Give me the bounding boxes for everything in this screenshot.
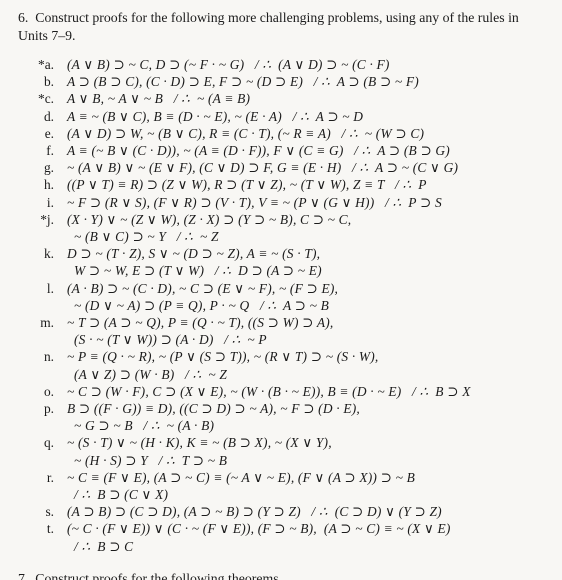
problem-label: b. xyxy=(22,73,54,90)
problem-row-p: p.B ⊃ ((F · G)) ≡ D), ((C ⊃ D) ⊃ ~ A), ~… xyxy=(22,400,556,434)
formula-line: / ∴ B ⊃ (C ∨ X) xyxy=(67,486,415,503)
formula-line: ~ F ⊃ (R ∨ S), (F ∨ R) ⊃ (V · T), V ≡ ~ … xyxy=(67,194,442,211)
problem-label: *c. xyxy=(22,90,54,107)
problem-label: s. xyxy=(22,503,54,520)
formula-line: W ⊃ ~ W, E ⊃ (T ∨ W) / ∴ D ⊃ (A ⊃ ~ E) xyxy=(67,262,322,279)
problem-label: l. xyxy=(22,280,54,297)
problem-row-h: h.((P ∨ T) ≡ R) ⊃ (Z ∨ W), R ⊃ (T ∨ Z), … xyxy=(22,176,556,193)
problem-row-r: r.~ C ≡ (F ∨ E), (A ⊃ ~ C) ≡ (~ A ∨ ~ E)… xyxy=(22,469,556,503)
problem-label: h. xyxy=(22,176,54,193)
problem-label: q. xyxy=(22,434,54,451)
formula-line: (A · B) ⊃ ~ (C · D), ~ C ⊃ (E ∨ ~ F), ~ … xyxy=(67,280,338,297)
problem-label: *j. xyxy=(22,211,54,228)
problem-formula: ~ F ⊃ (R ∨ S), (F ∨ R) ⊃ (V · T), V ≡ ~ … xyxy=(67,194,442,211)
problem-row-q: q.~ (S · T) ∨ ~ (H · K), K ≡ ~ (B ⊃ X), … xyxy=(22,434,556,468)
problem-label: n. xyxy=(22,348,54,365)
problem-label: r. xyxy=(22,469,54,486)
textbook-page: 6. Construct proofs for the following mo… xyxy=(0,0,562,580)
formula-line: A ⊃ (B ⊃ C), (C · D) ⊃ E, F ⊃ ~ (D ⊃ E) … xyxy=(67,73,419,90)
problem-row-o: o.~ C ⊃ (W · F), C ⊃ (X ∨ E), ~ (W · (B … xyxy=(22,383,556,400)
problem-row-n: n.~ P ≡ (Q · ~ R), ~ (P ∨ (S ⊃ T)), ~ (R… xyxy=(22,348,556,382)
problem-formula: (X · Y) ∨ ~ (Z ∨ W), (Z · X) ⊃ (Y ⊃ ~ B)… xyxy=(67,211,351,245)
formula-line: (A ∨ D) ⊃ W, ~ (B ∨ C), R ≡ (C · T), (~ … xyxy=(67,125,424,142)
problem-label: f. xyxy=(22,142,54,159)
next-section-header-cutoff: 7. Construct proofs for the following th… xyxy=(18,570,279,580)
problem-row-c: *c.A ∨ B, ~ A ∨ ~ B / ∴ ~ (A ≡ B) xyxy=(22,90,556,107)
formula-line: B ⊃ ((F · G)) ≡ D), ((C ⊃ D) ⊃ ~ A), ~ F… xyxy=(67,400,360,417)
formula-line: ~ (B ∨ C) ⊃ ~ Y / ∴ ~ Z xyxy=(67,228,351,245)
problem-formula: A ≡ ~ (B ∨ C), B ≡ (D · ~ E), ~ (E · A) … xyxy=(67,108,363,125)
problem-formula: ~ C ⊃ (W · F), C ⊃ (X ∨ E), ~ (W · (B · … xyxy=(67,383,471,400)
problem-row-j: *j.(X · Y) ∨ ~ (Z ∨ W), (Z · X) ⊃ (Y ⊃ ~… xyxy=(22,211,556,245)
section-header-line2: Units 7–9. xyxy=(18,27,552,45)
problem-row-a: *a.(A ∨ B) ⊃ ~ C, D ⊃ (~ F · ~ G) / ∴ (A… xyxy=(22,56,556,73)
problem-label: i. xyxy=(22,194,54,211)
formula-line: ~ G ⊃ ~ B / ∴ ~ (A · B) xyxy=(67,417,360,434)
formula-line: ~ (D ∨ ~ A) ⊃ (P ≡ Q), P · ~ Q / ∴ A ⊃ ~… xyxy=(67,297,338,314)
problem-formula: ~ P ≡ (Q · ~ R), ~ (P ∨ (S ⊃ T)), ~ (R ∨… xyxy=(67,348,378,382)
problem-row-e: e.(A ∨ D) ⊃ W, ~ (B ∨ C), R ≡ (C · T), (… xyxy=(22,125,556,142)
formula-line: ~ (A ∨ B) ∨ ~ (E ∨ F), (C ∨ D) ⊃ F, G ≡ … xyxy=(67,159,458,176)
formula-line: ~ (H · S) ⊃ Y / ∴ T ⊃ ~ B xyxy=(67,452,332,469)
problem-row-l: l.(A · B) ⊃ ~ (C · D), ~ C ⊃ (E ∨ ~ F), … xyxy=(22,280,556,314)
formula-line: (A ⊃ B) ⊃ (C ⊃ D), (A ⊃ ~ B) ⊃ (Y ⊃ Z) /… xyxy=(67,503,442,520)
formula-line: ~ T ⊃ (A ⊃ ~ Q), P ≡ (Q · ~ T), ((S ⊃ W)… xyxy=(67,314,333,331)
problem-row-i: i.~ F ⊃ (R ∨ S), (F ∨ R) ⊃ (V · T), V ≡ … xyxy=(22,194,556,211)
problem-row-k: k.D ⊃ ~ (T · Z), S ∨ ~ (D ⊃ ~ Z), A ≡ ~ … xyxy=(22,245,556,279)
problem-formula: ~ T ⊃ (A ⊃ ~ Q), P ≡ (Q · ~ T), ((S ⊃ W)… xyxy=(67,314,333,348)
formula-line: ((P ∨ T) ≡ R) ⊃ (Z ∨ W), R ⊃ (T ∨ Z), ~ … xyxy=(67,176,427,193)
formula-line: A ≡ (~ B ∨ (C · D)), ~ (A ≡ (D · F)), F … xyxy=(67,142,450,159)
formula-line: ~ C ⊃ (W · F), C ⊃ (X ∨ E), ~ (W · (B · … xyxy=(67,383,471,400)
problem-row-s: s.(A ⊃ B) ⊃ (C ⊃ D), (A ⊃ ~ B) ⊃ (Y ⊃ Z)… xyxy=(22,503,556,520)
problem-label: m. xyxy=(22,314,54,331)
problem-label: o. xyxy=(22,383,54,400)
section-header-line1: 6. Construct proofs for the following mo… xyxy=(18,9,552,27)
problem-formula: (A ∨ B) ⊃ ~ C, D ⊃ (~ F · ~ G) / ∴ (A ∨ … xyxy=(67,56,390,73)
problem-row-b: b.A ⊃ (B ⊃ C), (C · D) ⊃ E, F ⊃ ~ (D ⊃ E… xyxy=(22,73,556,90)
problem-formula: ~ (A ∨ B) ∨ ~ (E ∨ F), (C ∨ D) ⊃ F, G ≡ … xyxy=(67,159,458,176)
problem-label: k. xyxy=(22,245,54,262)
problem-row-d: d.A ≡ ~ (B ∨ C), B ≡ (D · ~ E), ~ (E · A… xyxy=(22,108,556,125)
formula-line: D ⊃ ~ (T · Z), S ∨ ~ (D ⊃ ~ Z), A ≡ ~ (S… xyxy=(67,245,322,262)
problem-label: d. xyxy=(22,108,54,125)
problem-formula: A ∨ B, ~ A ∨ ~ B / ∴ ~ (A ≡ B) xyxy=(67,90,250,107)
problem-row-t: t.(~ C · (F ∨ E)) ∨ (C · ~ (F ∨ E)), (F … xyxy=(22,520,556,554)
formula-line: / ∴ B ⊃ C xyxy=(67,538,451,555)
problem-label: t. xyxy=(22,520,54,537)
problem-formula: D ⊃ ~ (T · Z), S ∨ ~ (D ⊃ ~ Z), A ≡ ~ (S… xyxy=(67,245,322,279)
formula-line: (S · ~ (T ∨ W)) ⊃ (A · D) / ∴ ~ P xyxy=(67,331,333,348)
formula-line: ~ (S · T) ∨ ~ (H · K), K ≡ ~ (B ⊃ X), ~ … xyxy=(67,434,332,451)
problem-formula: (~ C · (F ∨ E)) ∨ (C · ~ (F ∨ E)), (F ⊃ … xyxy=(67,520,451,554)
problem-formula: (A · B) ⊃ ~ (C · D), ~ C ⊃ (E ∨ ~ F), ~ … xyxy=(67,280,338,314)
problem-formula: B ⊃ ((F · G)) ≡ D), ((C ⊃ D) ⊃ ~ A), ~ F… xyxy=(67,400,360,434)
problem-list: *a.(A ∨ B) ⊃ ~ C, D ⊃ (~ F · ~ G) / ∴ (A… xyxy=(22,56,556,555)
formula-line: ~ C ≡ (F ∨ E), (A ⊃ ~ C) ≡ (~ A ∨ ~ E), … xyxy=(67,469,415,486)
problem-formula: (A ⊃ B) ⊃ (C ⊃ D), (A ⊃ ~ B) ⊃ (Y ⊃ Z) /… xyxy=(67,503,442,520)
problem-formula: A ⊃ (B ⊃ C), (C · D) ⊃ E, F ⊃ ~ (D ⊃ E) … xyxy=(67,73,419,90)
formula-line: A ∨ B, ~ A ∨ ~ B / ∴ ~ (A ≡ B) xyxy=(67,90,250,107)
problem-label: p. xyxy=(22,400,54,417)
problem-formula: ~ (S · T) ∨ ~ (H · K), K ≡ ~ (B ⊃ X), ~ … xyxy=(67,434,332,468)
problem-formula: ~ C ≡ (F ∨ E), (A ⊃ ~ C) ≡ (~ A ∨ ~ E), … xyxy=(67,469,415,503)
formula-line: A ≡ ~ (B ∨ C), B ≡ (D · ~ E), ~ (E · A) … xyxy=(67,108,363,125)
problem-row-g: g.~ (A ∨ B) ∨ ~ (E ∨ F), (C ∨ D) ⊃ F, G … xyxy=(22,159,556,176)
formula-line: (~ C · (F ∨ E)) ∨ (C · ~ (F ∨ E)), (F ⊃ … xyxy=(67,520,451,537)
problem-label: e. xyxy=(22,125,54,142)
section-header: 6. Construct proofs for the following mo… xyxy=(18,9,552,45)
problem-label: g. xyxy=(22,159,54,176)
formula-line: (A ∨ Z) ⊃ (W · B) / ∴ ~ Z xyxy=(67,366,378,383)
problem-formula: A ≡ (~ B ∨ (C · D)), ~ (A ≡ (D · F)), F … xyxy=(67,142,450,159)
formula-line: (X · Y) ∨ ~ (Z ∨ W), (Z · X) ⊃ (Y ⊃ ~ B)… xyxy=(67,211,351,228)
problem-label: *a. xyxy=(22,56,54,73)
problem-row-m: m.~ T ⊃ (A ⊃ ~ Q), P ≡ (Q · ~ T), ((S ⊃ … xyxy=(22,314,556,348)
problem-row-f: f.A ≡ (~ B ∨ (C · D)), ~ (A ≡ (D · F)), … xyxy=(22,142,556,159)
formula-line: ~ P ≡ (Q · ~ R), ~ (P ∨ (S ⊃ T)), ~ (R ∨… xyxy=(67,348,378,365)
problem-formula: ((P ∨ T) ≡ R) ⊃ (Z ∨ W), R ⊃ (T ∨ Z), ~ … xyxy=(67,176,427,193)
problem-formula: (A ∨ D) ⊃ W, ~ (B ∨ C), R ≡ (C · T), (~ … xyxy=(67,125,424,142)
formula-line: (A ∨ B) ⊃ ~ C, D ⊃ (~ F · ~ G) / ∴ (A ∨ … xyxy=(67,56,390,73)
